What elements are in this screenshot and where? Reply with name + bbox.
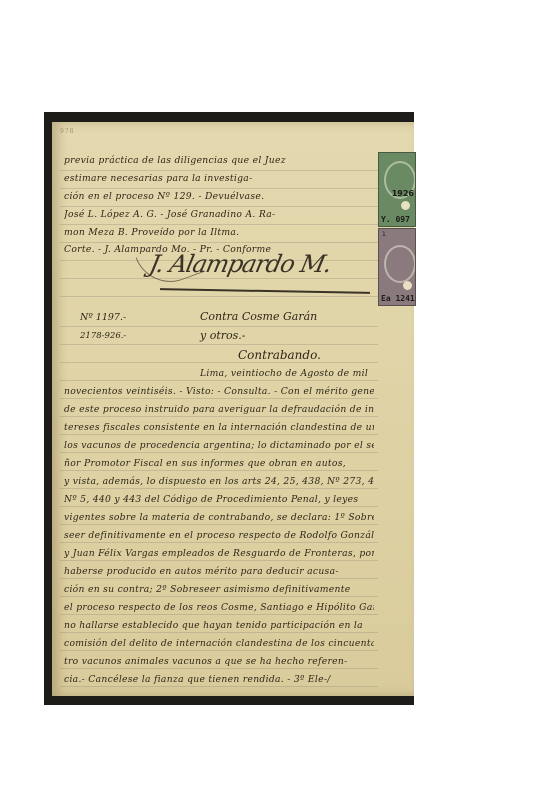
body-line-11: y Juan Félix Vargas empleados de Resguar… [64,548,374,559]
case-title-line-2: y otros.- [200,329,246,342]
body-line-14: el proceso respecto de los reos Cosme, S… [64,602,374,613]
punch-hole [403,281,412,290]
stamp-seal-icon [384,245,416,283]
top-line-1: previa práctica de las diligencias que e… [64,155,374,166]
case-subject: Contrabando. [238,348,321,362]
signature: J. Alampardo M. [147,250,334,278]
stamp-serial: Ea 1241 [381,294,415,303]
case-title-line-1: Contra Cosme Garán [200,310,317,323]
top-line-2: estimare necesarias para la investiga- [64,173,374,184]
body-line-6: ñor Promotor Fiscal en sus informes que … [64,458,374,469]
punch-hole [401,201,410,210]
body-line-13: ción en su contra; 2º Sobreseer asimismo… [64,584,374,595]
body-line-9: vigentes sobre la materia de contrabando… [64,512,374,523]
case-number: Nº 1197.- [80,312,126,323]
body-line-15: no hallarse establecido que hayan tenido… [64,620,374,631]
body-line-10: seer definitivamente en el proceso respe… [64,530,374,541]
stamp-year: 1926 [392,189,414,198]
top-line-3: ción en el proceso Nº 129. - Devuélvase. [64,191,374,202]
revenue-stamp-green: 1926 Y. 097 [378,152,416,227]
stamp-denomination: 1 [382,231,386,238]
body-line-17: tro vacunos animales vacunos a que se ha… [64,656,374,667]
stamp-serial: Y. 097 [381,215,410,224]
margin-note: 978 [60,128,74,135]
body-line-18: cia.- Cancélese la fianza que tienen ren… [64,674,374,685]
top-line-4: José L. López A. G. - José Granadino A. … [64,209,374,220]
body-line-16: comisión del delito de internación cland… [64,638,374,649]
top-line-5: mon Meza B. Proveído por la Iltma. [64,227,374,238]
body-line-8: Nº 5, 440 y 443 del Código de Procedimie… [64,494,374,505]
body-line-2: novecientos veintiséis. - Visto: - Consu… [64,386,374,397]
body-line-7: y vista, además, lo dispuesto en los art… [64,476,374,487]
body-line-5: los vacunos de procedencia argentina; lo… [64,440,374,451]
revenue-stamp-purple: 1 Ea 1241 [378,228,416,306]
body-line-4: tereses fiscales consistente en la inter… [64,422,374,433]
case-reference: 2178-926.- [80,331,126,341]
body-line-1: Lima, veintiocho de Agosto de mil [200,368,375,379]
body-line-3: de este proceso instruido para averiguar… [64,404,374,415]
body-line-12: haberse producido en autos mérito para d… [64,566,374,577]
